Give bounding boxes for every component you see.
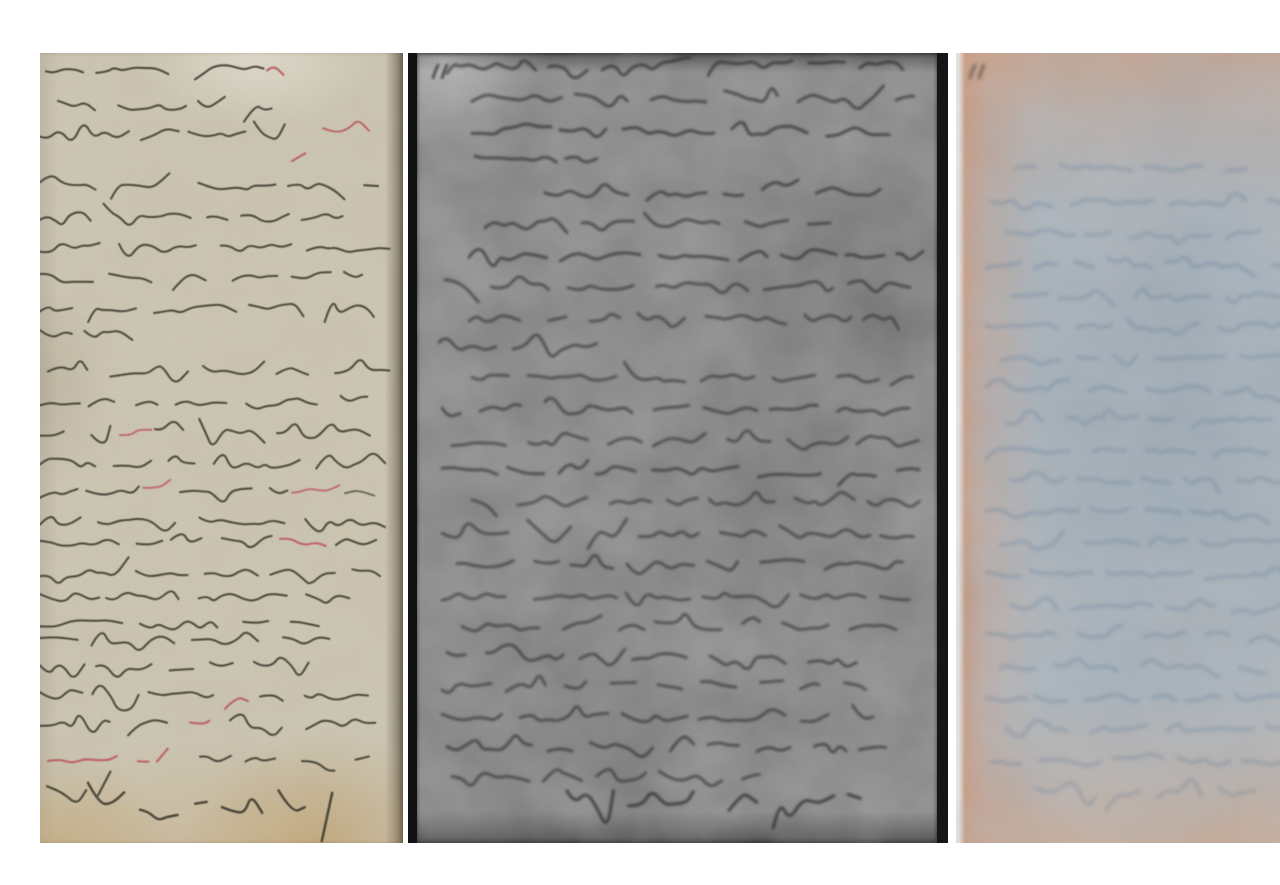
manuscript-faded-scan: [956, 53, 1280, 843]
handwriting-layer-dark: [417, 53, 937, 843]
manuscript-color-scan: [40, 53, 403, 843]
handwriting-layer-color: [40, 53, 403, 843]
manuscript-triptych: Three side-by-side scans of the same han…: [40, 16, 1280, 869]
triptych-caption: Three side-by-side scans of the same han…: [40, 16, 41, 17]
paper-texture: [417, 53, 937, 843]
manuscript-dark-scan: [408, 53, 948, 843]
paper-texture: [40, 53, 403, 843]
handwriting-layer-faded: [956, 53, 1280, 843]
